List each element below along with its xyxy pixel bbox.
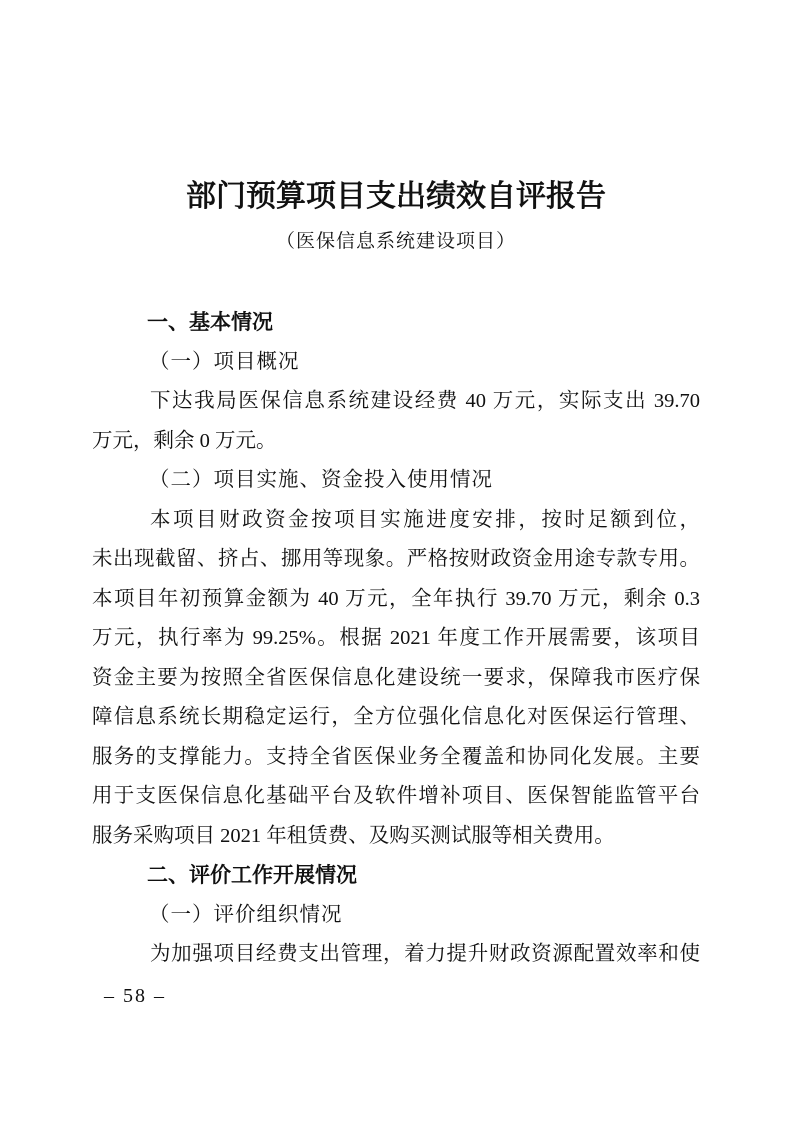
- page-number: – 58 –: [104, 984, 166, 1008]
- sub-heading: （二）项目实施、资金投入使用情况: [92, 461, 700, 501]
- section-heading: 二、评价工作开展情况: [92, 856, 700, 896]
- body-text-line: 本项目财政资金按项目实施进度安排，按时足额到位，: [92, 501, 700, 541]
- body-text-line: 资金主要为按照全省医保信息化建设统一要求，保障我市医疗保: [92, 659, 700, 699]
- body-text-line: 本项目年初预算金额为 40 万元，全年执行 39.70 万元，剩余 0.3: [92, 580, 700, 620]
- body-text-line: 未出现截留、挤占、挪用等现象。严格按财政资金用途专款专用。: [92, 540, 700, 580]
- body-text-line: 万元，执行率为 99.25%。根据 2021 年度工作开展需要，该项目: [92, 619, 700, 659]
- body-text-line: 服务的支撑能力。支持全省医保业务全覆盖和协同化发展。主要: [92, 738, 700, 778]
- document-body: 一、基本情况（一）项目概况下达我局医保信息系统建设经费 40 万元，实际支出 3…: [92, 303, 700, 975]
- document-page: 部门预算项目支出绩效自评报告 （医保信息系统建设项目） 一、基本情况（一）项目概…: [0, 0, 793, 1122]
- body-text-line: 为加强项目经费支出管理，着力提升财政资源配置效率和使: [92, 935, 700, 975]
- sub-heading: （一）评价组织情况: [92, 896, 700, 936]
- sub-heading: （一）项目概况: [92, 343, 700, 383]
- document-content: 部门预算项目支出绩效自评报告 （医保信息系统建设项目） 一、基本情况（一）项目概…: [92, 0, 700, 975]
- section-heading: 一、基本情况: [92, 303, 700, 343]
- document-title: 部门预算项目支出绩效自评报告: [92, 181, 700, 213]
- body-text-line: 下达我局医保信息系统建设经费 40 万元，实际支出 39.70: [92, 382, 700, 422]
- document-subtitle: （医保信息系统建设项目）: [92, 230, 700, 254]
- body-text-line: 服务采购项目 2021 年租赁费、及购买测试服等相关费用。: [92, 817, 700, 857]
- body-text-line: 用于支医保信息化基础平台及软件增补项目、医保智能监管平台: [92, 777, 700, 817]
- body-text-line: 障信息系统长期稳定运行，全方位强化信息化对医保运行管理、: [92, 698, 700, 738]
- body-text-line: 万元，剩余 0 万元。: [92, 422, 700, 462]
